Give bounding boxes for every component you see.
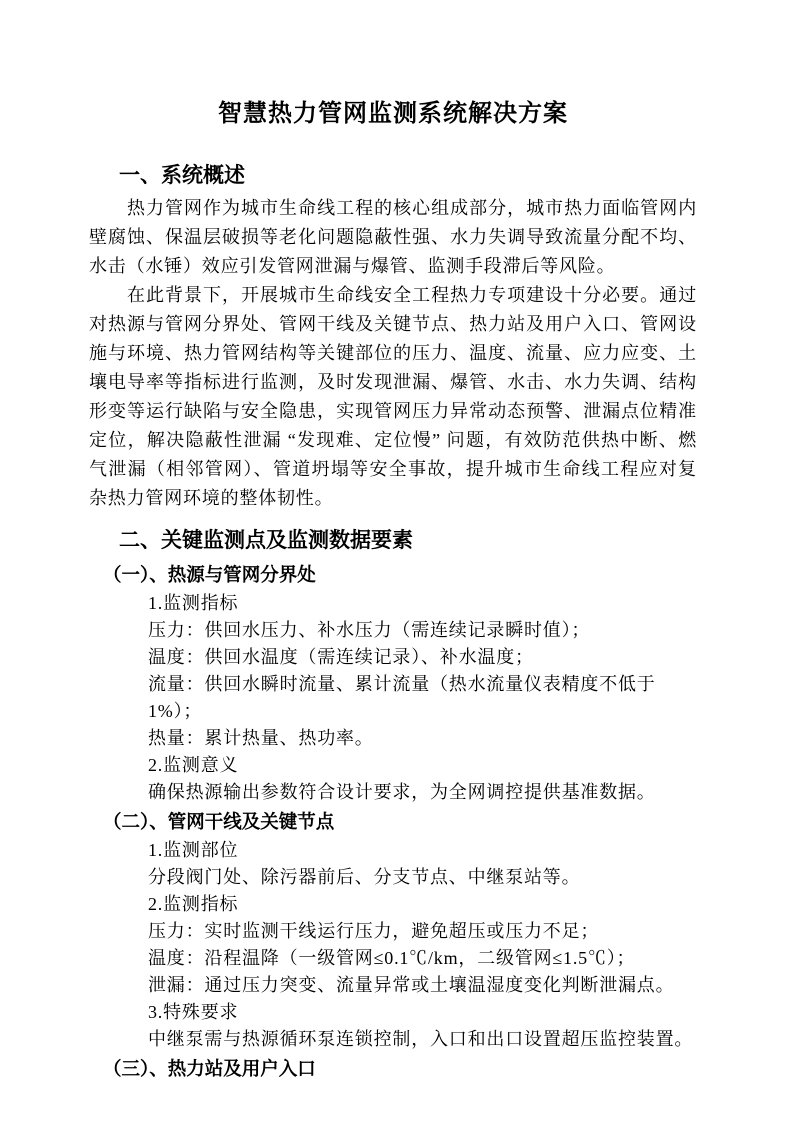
subsection-2-line: 2.监测指标 <box>89 891 697 918</box>
subsection-2-line: 压力：实时监测干线运行压力，避免超压或压力不足； <box>89 918 697 945</box>
subsection-2-line: 1.监测部位 <box>89 837 697 864</box>
document-page: 智慧热力管网监测系统解决方案 一、系统概述 热力管网作为城市生命线工程的核心组成… <box>0 0 793 1122</box>
document-title: 智慧热力管网监测系统解决方案 <box>89 97 697 131</box>
subsection-1-line: 温度：供回水温度（需连续记录）、补水温度； <box>89 644 697 671</box>
subsection-1-line: 热量：累计热量、热功率。 <box>89 725 697 752</box>
overview-paragraph-2: 在此背景下，开展城市生命线安全工程热力专项建设十分必要。通过对热源与管网分界处、… <box>89 281 697 513</box>
subsection-2-line: 中继泵需与热源循环泵连锁控制，入口和出口设置超压监控装置。 <box>89 1026 697 1053</box>
subsection-2-line: 温度：沿程温降（一级管网≤0.1℃/km，二级管网≤1.5℃）； <box>89 945 697 972</box>
subsection-1-line: 压力：供回水压力、补水压力（需连续记录瞬时值）； <box>89 617 697 644</box>
subsection-2-line: 3.特殊要求 <box>89 999 697 1026</box>
section-heading-monitoring-points: 二、关键监测点及监测数据要素 <box>89 526 697 556</box>
subsection-title-trunk-lines: （二）、管网干线及关键节点 <box>89 808 697 835</box>
section-heading-overview: 一、系统概述 <box>89 161 697 191</box>
subsection-title-heat-source-boundary: （一）、热源与管网分界处 <box>89 561 697 588</box>
subsection-1-line: 确保热源输出参数符合设计要求，为全网调控提供基准数据。 <box>89 779 697 806</box>
subsection-title-heat-station-user-entry: （三）、热力站及用户入口 <box>89 1055 697 1082</box>
subsection-1-line: 2.监测意义 <box>89 752 697 779</box>
subsection-2-line: 分段阀门处、除污器前后、分支节点、中继泵站等。 <box>89 864 697 891</box>
subsection-2-line: 泄漏：通过压力突变、流量异常或土壤温湿度变化判断泄漏点。 <box>89 972 697 999</box>
overview-paragraph-1: 热力管网作为城市生命线工程的核心组成部分，城市热力面临管网内壁腐蚀、保温层破损等… <box>89 194 697 281</box>
subsection-1-line: 1.监测指标 <box>89 590 697 617</box>
subsection-1-line: 流量：供回水瞬时流量、累计流量（热水流量仪表精度不低于 1%）； <box>89 671 697 725</box>
